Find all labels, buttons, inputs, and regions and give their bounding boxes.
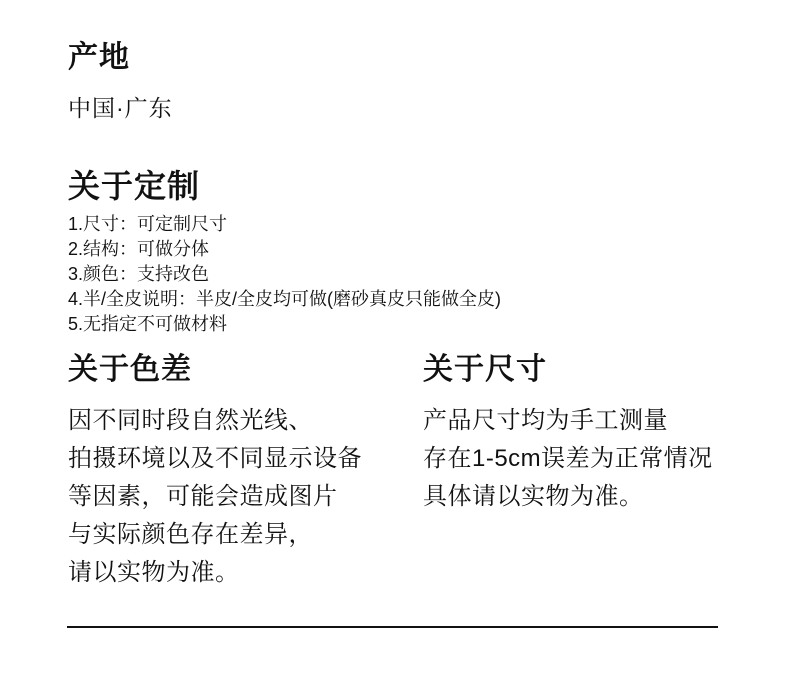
customization-item: 2.结构：可做分体	[68, 237, 501, 262]
size-note-line: 存在1-5cm误差为正常情况	[423, 440, 763, 478]
section-customization: 关于定制 1.尺寸：可定制尺寸 2.结构：可做分体 3.颜色：支持改色 4.半/…	[68, 167, 501, 337]
size-note-line: 产品尺寸均为手工测量	[423, 402, 763, 440]
color-difference-line: 与实际颜色存在差异，	[68, 516, 413, 554]
size-note-body: 产品尺寸均为手工测量 存在1-5cm误差为正常情况 具体请以实物为准。	[423, 402, 763, 516]
size-note-line: 具体请以实物为准。	[423, 478, 763, 516]
size-note-heading: 关于尺寸	[423, 352, 763, 388]
color-difference-line: 因不同时段自然光线、	[68, 402, 413, 440]
origin-value: 中国·广东	[68, 93, 173, 123]
product-description-panel: 产地 中国·广东 关于定制 1.尺寸：可定制尺寸 2.结构：可做分体 3.颜色：…	[0, 0, 790, 697]
section-origin: 产地 中国·广东	[68, 40, 173, 123]
color-difference-line: 等因素，可能会造成图片	[68, 478, 413, 516]
section-size-note: 关于尺寸 产品尺寸均为手工测量 存在1-5cm误差为正常情况 具体请以实物为准。	[423, 352, 763, 516]
origin-heading: 产地	[68, 40, 173, 76]
customization-item: 3.颜色：支持改色	[68, 262, 501, 287]
customization-list: 1.尺寸：可定制尺寸 2.结构：可做分体 3.颜色：支持改色 4.半/全皮说明：…	[68, 212, 501, 337]
section-color-difference: 关于色差 因不同时段自然光线、 拍摄环境以及不同显示设备 等因素，可能会造成图片…	[68, 352, 413, 592]
color-difference-line: 拍摄环境以及不同显示设备	[68, 440, 413, 478]
customization-item: 1.尺寸：可定制尺寸	[68, 212, 501, 237]
customization-heading: 关于定制	[68, 167, 501, 206]
section-divider	[67, 626, 718, 628]
color-difference-heading: 关于色差	[68, 352, 413, 388]
customization-item: 5.无指定不可做材料	[68, 312, 501, 337]
color-difference-line: 请以实物为准。	[68, 554, 413, 592]
customization-item: 4.半/全皮说明：半皮/全皮均可做(磨砂真皮只能做全皮)	[68, 287, 501, 312]
color-difference-body: 因不同时段自然光线、 拍摄环境以及不同显示设备 等因素，可能会造成图片 与实际颜…	[68, 402, 413, 592]
